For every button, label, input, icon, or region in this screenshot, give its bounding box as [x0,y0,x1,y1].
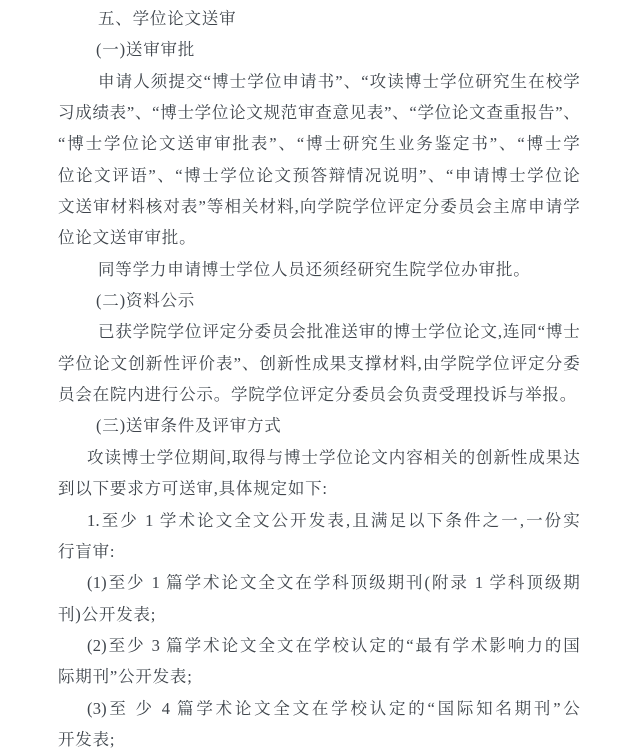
text-line-22: 际期刊”公开发表; [58,661,580,692]
text-line-2: (一)送审审批 [58,34,580,65]
text-line-15: 攻读博士学位期间,取得与博士学位论文内容相关的创新性成果达 [58,442,580,473]
text-line-4: 习成绩表”、“博士学位论文规范审查意见表”、“学位论文查重报告”、 [58,97,580,128]
text-line-5: “博士学位论文送审审批表”、“博士研究生业务鉴定书”、“博士学 [58,128,580,159]
text-line-6: 位论文评语”、“博士学位论文预答辩情况说明”、“申请博士学位论 [58,160,580,191]
text-line-24: 开发表; [58,724,580,752]
text-line-19: (1)至少 1 篇学术论文全文在学科顶级期刊(附录 1 学科顶级期 [58,567,580,598]
text-line-14: (三)送审条件及评审方式 [58,410,580,441]
text-line-20: 刊)公开发表; [58,599,580,630]
document-body: 五、学位论文送审(一)送审审批申请人须提交“博士学位申请书”、“攻读博士学位研究… [58,3,580,752]
text-line-1: 五、学位论文送审 [58,3,580,34]
text-line-10: (二)资料公示 [58,285,580,316]
text-line-13: 员会在院内进行公示。学院学位评定分委员会负责受理投诉与举报。 [58,379,580,410]
document-page: 五、学位论文送审(一)送审审批申请人须提交“博士学位申请书”、“攻读博士学位研究… [0,0,638,752]
text-line-7: 文送审材料核对表”等相关材料,向学院学位评定分委员会主席申请学 [58,191,580,222]
text-line-12: 学位论文创新性评价表”、创新性成果支撑材料,由学院学位评定分委 [58,348,580,379]
text-line-17: 1.至少 1 学术论文全文公开发表,且满足以下条件之一,一份实 [58,505,580,536]
text-line-3: 申请人须提交“博士学位申请书”、“攻读博士学位研究生在校学 [58,66,580,97]
text-line-16: 到以下要求方可送审,具体规定如下: [58,473,580,504]
text-line-23: (3)至 少 4 篇学术论文全文在学校认定的“国际知名期刊”公 [58,693,580,724]
text-line-21: (2)至少 3 篇学术论文全文在学校认定的“最有学术影响力的国 [58,630,580,661]
text-line-11: 已获学院学位评定分委员会批准送审的博士学位论文,连同“博士 [58,316,580,347]
text-line-8: 位论文送审审批。 [58,222,580,253]
text-line-9: 同等学力申请博士学位人员还须经研究生院学位办审批。 [58,254,580,285]
text-line-18: 行盲审: [58,536,580,567]
